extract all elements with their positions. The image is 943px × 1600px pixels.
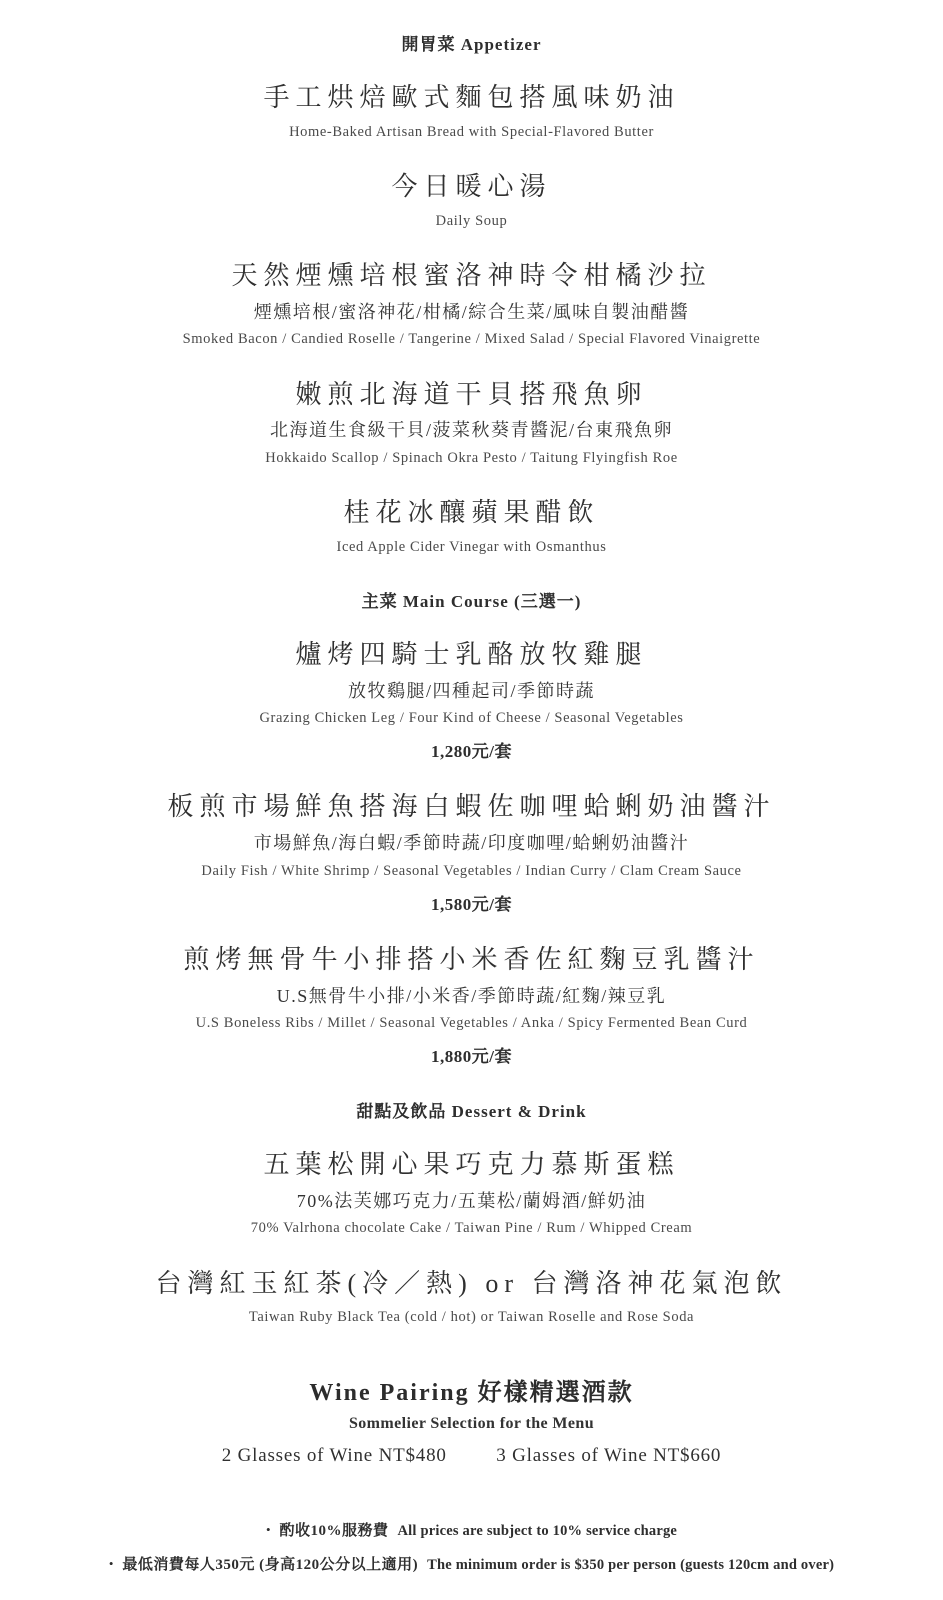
dish-price: 1,280元/套 — [0, 737, 943, 762]
menu-item-soup: 今日暖心湯 Daily Soup — [0, 170, 943, 231]
dish-title: 今日暖心湯 — [0, 170, 943, 204]
dish-description-en: Smoked Bacon / Candied Roselle / Tangeri… — [0, 329, 943, 349]
menu-item-mousse-cake: 五葉松開心果巧克力慕斯蛋糕 70%法芙娜巧克力/五葉松/蘭姆酒/鮮奶油 70% … — [0, 1148, 943, 1238]
section-header-main-course: 主菜 Main Course (三選一) — [0, 587, 943, 612]
wine-option-3-glasses: 3 Glasses of Wine NT$660 — [496, 1445, 721, 1467]
dish-description-zh: 北海道生食級干貝/菠菜秋葵青醬泥/台東飛魚卵 — [0, 418, 943, 442]
menu-item-chicken: 爐烤四騎士乳酪放牧雞腿 放牧鷄腿/四種起司/季節時蔬 Grazing Chick… — [0, 638, 943, 762]
footer-note-en: The minimum order is $350 per person (gu… — [427, 1557, 834, 1573]
section-main-course: 主菜 Main Course (三選一) 爐烤四騎士乳酪放牧雞腿 放牧鷄腿/四種… — [0, 587, 943, 1067]
dish-price: 1,580元/套 — [0, 890, 943, 915]
dish-title: 爐烤四騎士乳酪放牧雞腿 — [0, 638, 943, 672]
wine-pairing-subtitle: Sommelier Selection for the Menu — [0, 1415, 943, 1433]
menu-item-vinegar-drink: 桂花冰釀蘋果醋飲 Iced Apple Cider Vinegar with O… — [0, 496, 943, 557]
dish-title: 桂花冰釀蘋果醋飲 — [0, 496, 943, 530]
section-header-dessert-drink: 甜點及飲品 Dessert & Drink — [0, 1097, 943, 1122]
dish-description-zh: U.S無骨牛小排/小米香/季節時蔬/紅麴/辣豆乳 — [0, 984, 943, 1008]
dish-description-zh: 煙燻培根/蜜洛神花/柑橘/綜合生菜/風味自製油醋醬 — [0, 300, 943, 324]
menu-item-fish: 板煎市場鮮魚搭海白蝦佐咖哩蛤蜊奶油醬汁 市場鮮魚/海白蝦/季節時蔬/印度咖哩/蛤… — [0, 790, 943, 914]
dish-description-en: Iced Apple Cider Vinegar with Osmanthus — [0, 537, 943, 557]
dish-description-en: U.S Boneless Ribs / Millet / Seasonal Ve… — [0, 1013, 943, 1033]
dish-description-zh: 70%法芙娜巧克力/五葉松/蘭姆酒/鮮奶油 — [0, 1189, 943, 1213]
dish-title: 天然煙燻培根蜜洛神時令柑橘沙拉 — [0, 259, 943, 293]
footer-note-minimum-order: • 最低消費每人350元 (身高120公分以上適用) The minimum o… — [0, 1553, 943, 1574]
dish-title: 五葉松開心果巧克力慕斯蛋糕 — [0, 1148, 943, 1182]
dish-title: 煎烤無骨牛小排搭小米香佐紅麴豆乳醬汁 — [0, 943, 943, 977]
section-dessert-drink: 甜點及飲品 Dessert & Drink 五葉松開心果巧克力慕斯蛋糕 70%法… — [0, 1097, 943, 1327]
section-appetizer: 開胃菜 Appetizer 手工烘焙歐式麵包搭風味奶油 Home-Baked A… — [0, 30, 943, 557]
footer-note-zh: 酌收10%服務費 — [280, 1523, 389, 1539]
dish-description-en: Taiwan Ruby Black Tea (cold / hot) or Ta… — [0, 1307, 943, 1327]
menu-item-tea-or-soda: 台灣紅玉紅茶(冷／熱) or 台灣洛神花氣泡飲 Taiwan Ruby Blac… — [0, 1267, 943, 1328]
menu-item-bread: 手工烘焙歐式麵包搭風味奶油 Home-Baked Artisan Bread w… — [0, 81, 943, 142]
bullet-icon: • — [109, 1556, 114, 1571]
wine-pairing-block: Wine Pairing 好樣精選酒款 Sommelier Selection … — [0, 1372, 943, 1467]
bullet-icon: • — [266, 1522, 271, 1537]
menu-page: 開胃菜 Appetizer 手工烘焙歐式麵包搭風味奶油 Home-Baked A… — [0, 0, 943, 1600]
section-header-appetizer: 開胃菜 Appetizer — [0, 30, 943, 55]
dish-title: 台灣紅玉紅茶(冷／熱) or 台灣洛神花氣泡飲 — [0, 1267, 943, 1301]
dish-description-en: Daily Soup — [0, 211, 943, 231]
wine-pairing-options: 2 Glasses of Wine NT$480 3 Glasses of Wi… — [0, 1445, 943, 1467]
dish-title: 手工烘焙歐式麵包搭風味奶油 — [0, 81, 943, 115]
dish-description-en: 70% Valrhona chocolate Cake / Taiwan Pin… — [0, 1218, 943, 1238]
dish-title: 嫩煎北海道干貝搭飛魚卵 — [0, 378, 943, 412]
dish-title: 板煎市場鮮魚搭海白蝦佐咖哩蛤蜊奶油醬汁 — [0, 790, 943, 824]
dish-description-zh: 市場鮮魚/海白蝦/季節時蔬/印度咖哩/蛤蜊奶油醬汁 — [0, 831, 943, 855]
wine-pairing-title: Wine Pairing 好樣精選酒款 — [0, 1372, 943, 1407]
menu-item-salad: 天然煙燻培根蜜洛神時令柑橘沙拉 煙燻培根/蜜洛神花/柑橘/綜合生菜/風味自製油醋… — [0, 259, 943, 349]
dish-price: 1,880元/套 — [0, 1042, 943, 1067]
dish-description-en: Hokkaido Scallop / Spinach Okra Pesto / … — [0, 448, 943, 468]
dish-description-en: Grazing Chicken Leg / Four Kind of Chees… — [0, 708, 943, 728]
footer-note-service-charge: • 酌收10%服務費 All prices are subject to 10%… — [0, 1519, 943, 1540]
wine-option-2-glasses: 2 Glasses of Wine NT$480 — [222, 1445, 447, 1467]
footer-note-zh: 最低消費每人350元 (身高120公分以上適用) — [122, 1557, 418, 1573]
dish-description-zh: 放牧鷄腿/四種起司/季節時蔬 — [0, 679, 943, 703]
dish-description-en: Daily Fish / White Shrimp / Seasonal Veg… — [0, 861, 943, 881]
menu-item-scallop: 嫩煎北海道干貝搭飛魚卵 北海道生食級干貝/菠菜秋葵青醬泥/台東飛魚卵 Hokka… — [0, 378, 943, 468]
menu-item-beef: 煎烤無骨牛小排搭小米香佐紅麴豆乳醬汁 U.S無骨牛小排/小米香/季節時蔬/紅麴/… — [0, 943, 943, 1067]
footer-notes: • 酌收10%服務費 All prices are subject to 10%… — [0, 1519, 943, 1574]
footer-note-en: All prices are subject to 10% service ch… — [398, 1523, 678, 1539]
dish-description-en: Home-Baked Artisan Bread with Special-Fl… — [0, 122, 943, 142]
